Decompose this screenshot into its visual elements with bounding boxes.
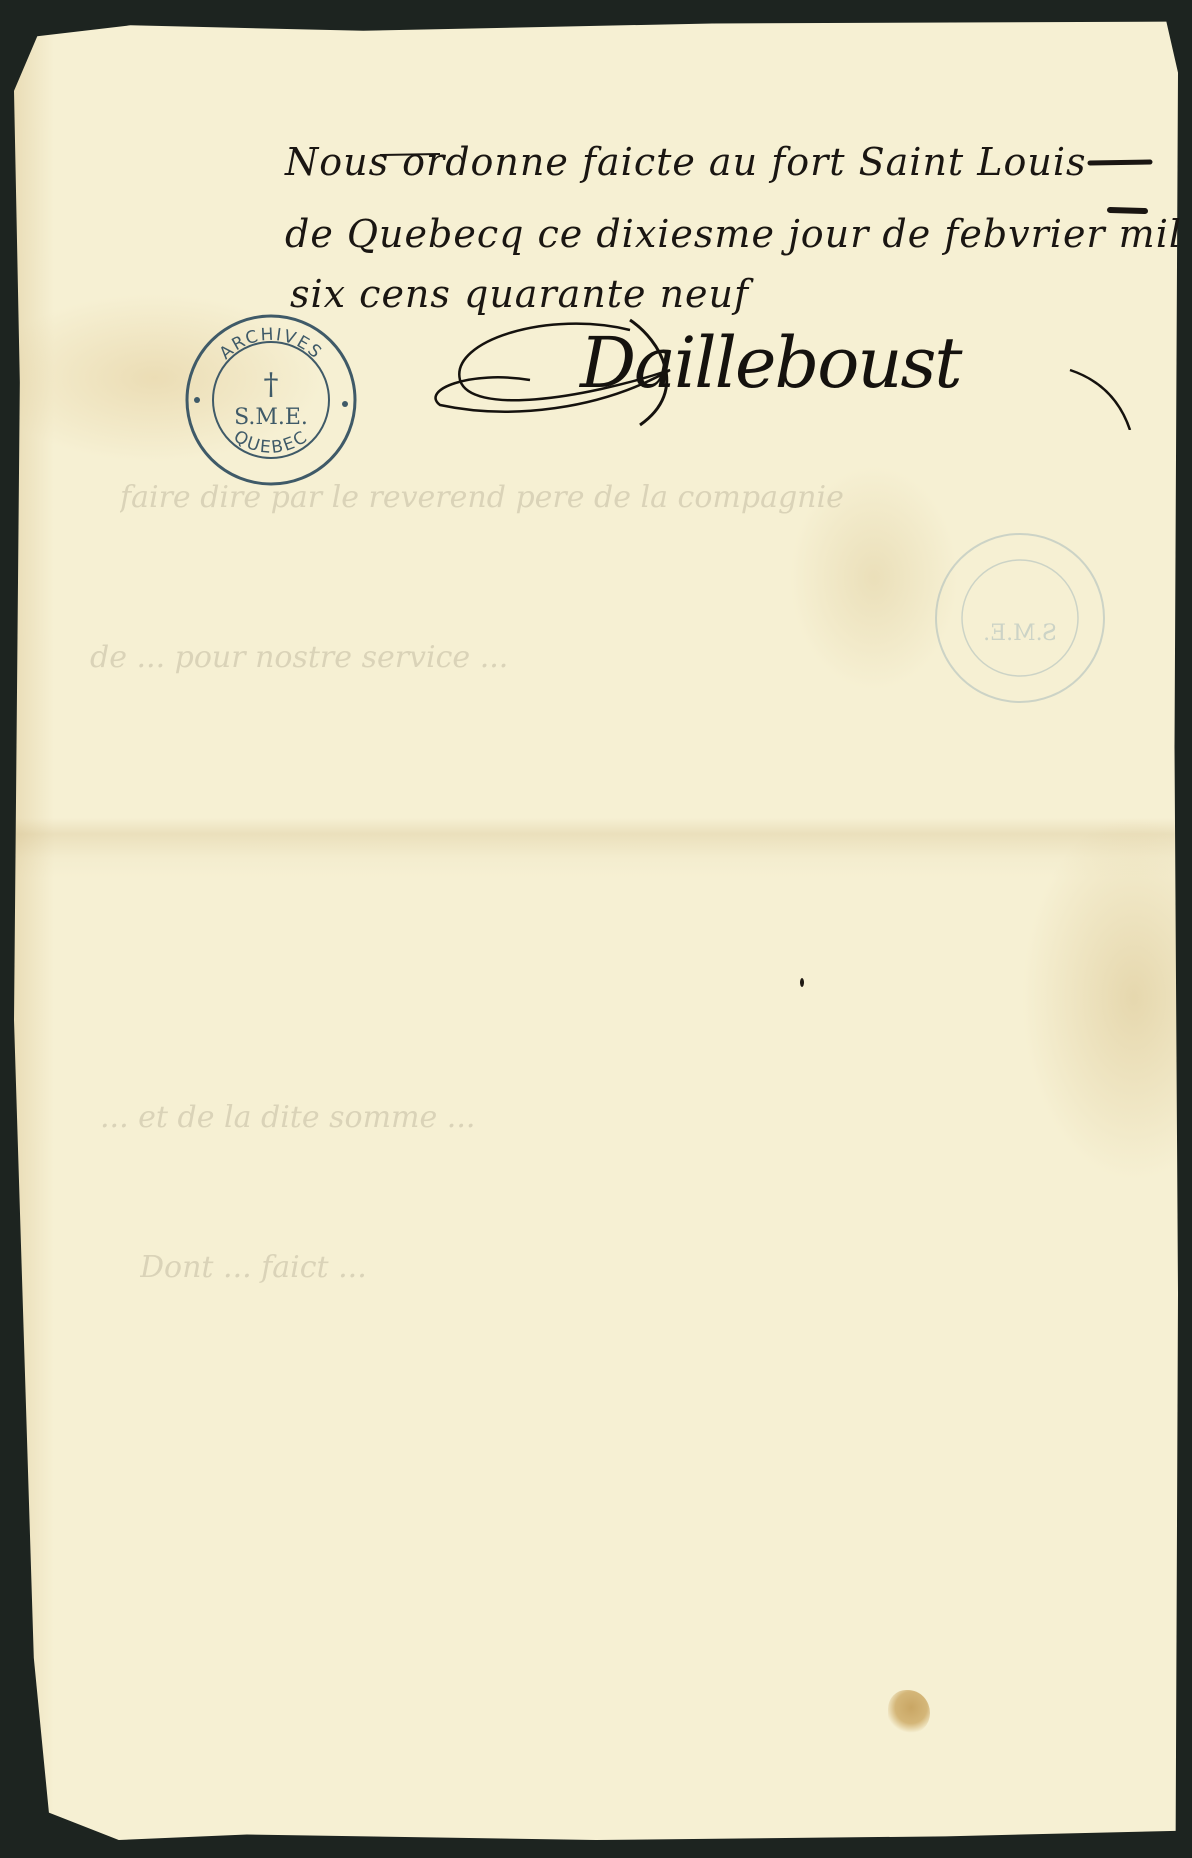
- bleed-line: ... et de la dite somme ...: [100, 1100, 1192, 1140]
- stamp-seal-icon: ARCHIVES QUEBEC † S.M.E.: [183, 312, 359, 488]
- archives-stamp: ARCHIVES QUEBEC † S.M.E.: [183, 312, 359, 488]
- stain-mark: [888, 1690, 930, 1734]
- signature: Dailleboust: [430, 310, 1150, 430]
- svg-text:†: †: [264, 367, 279, 402]
- bleed-line: Dont ... faict ...: [140, 1250, 1192, 1290]
- svg-text:QUEBEC: QUEBEC: [230, 427, 312, 458]
- svg-text:S.M.E.: S.M.E.: [234, 405, 308, 430]
- ink-dot: [800, 978, 804, 987]
- ghost-stamp-seal-icon: S.M.E.: [932, 530, 1108, 706]
- signature-name: Dailleboust: [580, 322, 961, 404]
- svg-text:S.M.E.: S.M.E.: [983, 621, 1057, 646]
- svg-text:ARCHIVES: ARCHIVES: [216, 325, 327, 364]
- ghost-stamp: S.M.E.: [932, 530, 1108, 706]
